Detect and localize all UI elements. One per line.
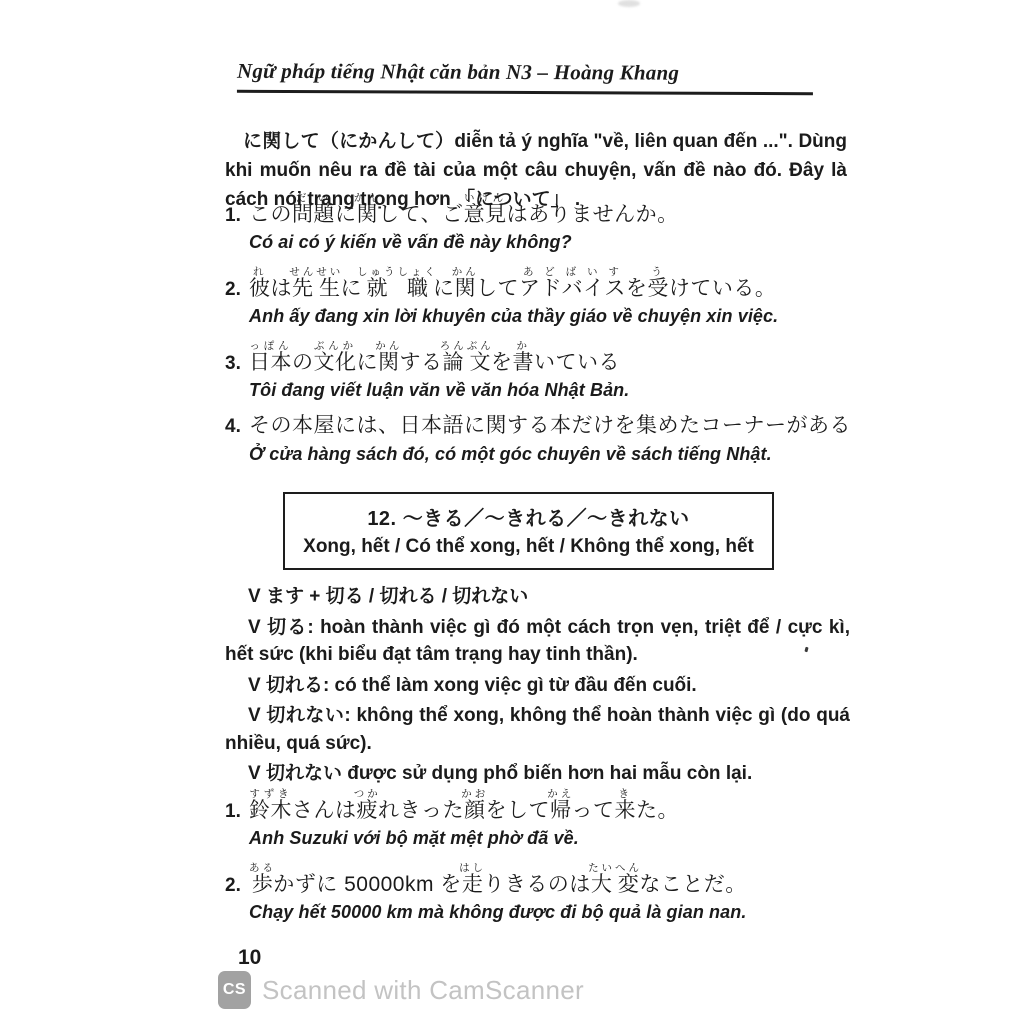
example-translation: Tôi đang viết luận văn về văn hóa Nhật B…	[249, 380, 865, 401]
grammar-point-subtitle: Xong, hết / Có thể xong, hết / Không thể…	[295, 536, 762, 558]
example-japanese: 鈴木すずきさんは疲つかれきった顔かおをして帰かえって来きた。	[249, 788, 679, 823]
example-item: 2. 歩あるかずに 50000km を走はしりきるのは大変たいへんなことだ。 C…	[225, 862, 865, 923]
example-japanese: この問題だいに関かんして、ご意見いけんはありませんか。	[249, 192, 679, 227]
example-translation: Chạy hết 50000 km mà không được đi bộ qu…	[249, 902, 865, 923]
example-number: 1.	[225, 801, 249, 823]
kiru-example-list: 1. 鈴木すずきさんは疲つかれきった顔かおをして帰かえって来きた。 Anh Su…	[225, 788, 865, 936]
grammar-point-pattern: ～きる／～きれる／～きれない	[403, 508, 690, 530]
rule-paragraph: V ます + 切る / 切れる / 切れない	[225, 583, 850, 611]
example-row: 1. この問題だいに関かんして、ご意見いけんはありませんか。	[225, 192, 865, 227]
rule-paragraph: V 切れない được sử dụng phổ biến hơn hai mẫu…	[225, 760, 850, 788]
example-number: 1.	[225, 205, 249, 227]
example-translation: Anh Suzuki với bộ mặt mệt phờ đã về.	[249, 828, 865, 849]
book-title: Ngữ pháp tiếng Nhật căn bản N3 – Hoàng K…	[237, 59, 679, 85]
example-row: 2. 歩あるかずに 50000km を走はしりきるのは大変たいへんなことだ。	[225, 862, 865, 897]
example-translation: Ở cửa hàng sách đó, có một góc chuyên về…	[249, 444, 865, 465]
rule-list: V ます + 切る / 切れる / 切れない V 切る: hoàn thành …	[225, 583, 850, 791]
example-item: 3. 日本っぽんの文化ぶんかに関かんする論文ろんぶんを書かいている Tôi đa…	[225, 340, 865, 401]
rule-paragraph: V 切る: hoàn thành việc gì đó một cách trọ…	[225, 614, 850, 669]
camscanner-watermark: CS Scanned with CamScanner	[218, 971, 584, 1009]
example-japanese: 歩あるかずに 50000km を走はしりきるのは大変たいへんなことだ。	[249, 862, 747, 897]
example-row: 3. 日本っぽんの文化ぶんかに関かんする論文ろんぶんを書かいている	[225, 340, 865, 375]
example-row: 4. その本屋には、日本語に関する本だけを集めたコーナーがある	[225, 414, 865, 438]
camscanner-watermark-text: Scanned with CamScanner	[262, 975, 584, 1006]
scan-artifact-smudge	[618, 0, 640, 7]
scanned-book-page: Ngữ pháp tiếng Nhật căn bản N3 – Hoàng K…	[0, 0, 1024, 1024]
example-row: 1. 鈴木すずきさんは疲つかれきった顔かおをして帰かえって来きた。	[225, 788, 865, 823]
example-japanese: 彼れは先生せんせいに就職しゅうしょくに関かんしてアドバイスあどばいすを受うけてい…	[249, 266, 776, 301]
example-item: 1. 鈴木すずきさんは疲つかれきった顔かおをして帰かえって来きた。 Anh Su…	[225, 788, 865, 849]
example-translation: Có ai có ý kiến về vấn đề này không?	[249, 232, 865, 253]
page-header: Ngữ pháp tiếng Nhật căn bản N3 – Hoàng K…	[237, 59, 813, 96]
grammar-point-number: 12.	[367, 508, 396, 530]
example-japanese: 日本っぽんの文化ぶんかに関かんする論文ろんぶんを書かいている	[249, 340, 620, 375]
example-number: 4.	[225, 416, 249, 438]
example-item: 2. 彼れは先生せんせいに就職しゅうしょくに関かんしてアドバイスあどばいすを受う…	[225, 266, 865, 327]
camscanner-logo-icon: CS	[218, 971, 251, 1009]
rule-paragraph: V 切れる: có thể làm xong việc gì từ đầu đế…	[225, 672, 850, 700]
example-number: 3.	[225, 353, 249, 375]
example-number: 2.	[225, 875, 249, 897]
page-number: 10	[238, 946, 261, 970]
nikanshite-example-list: 1. この問題だいに関かんして、ご意見いけんはありませんか。 Có ai có …	[225, 192, 865, 478]
example-item: 1. この問題だいに関かんして、ご意見いけんはありませんか。 Có ai có …	[225, 192, 865, 253]
rule-paragraph: V 切れない: không thể xong, không thể hoàn t…	[225, 702, 850, 757]
grammar-point-box: 12. ～きる／～きれる／～きれない Xong, hết / Có thể xo…	[283, 492, 774, 570]
grammar-point-title: 12. ～きる／～きれる／～きれない	[295, 502, 762, 531]
example-number: 2.	[225, 279, 249, 301]
example-translation: Anh ấy đang xin lời khuyên của thầy giáo…	[249, 306, 865, 327]
example-japanese: その本屋には、日本語に関する本だけを集めたコーナーがある	[249, 414, 851, 438]
example-row: 2. 彼れは先生せんせいに就職しゅうしょくに関かんしてアドバイスあどばいすを受う…	[225, 266, 865, 301]
example-item: 4. その本屋には、日本語に関する本だけを集めたコーナーがある Ở cửa hà…	[225, 414, 865, 464]
